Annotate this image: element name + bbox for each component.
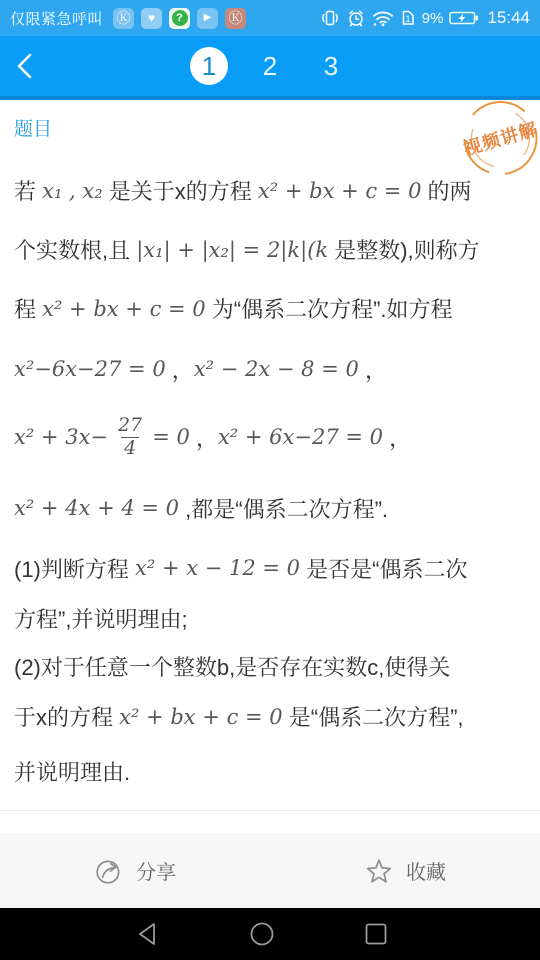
text-run: (2)对于任意一个整数b,是否存在实数c,使得关: [14, 651, 450, 682]
text-run: 是整数),则称方: [328, 234, 480, 265]
tab-page-3[interactable]: 3: [312, 47, 350, 85]
fraction-denominator: 4: [121, 437, 139, 459]
math-run: x² + x − 12 = 0: [135, 556, 300, 580]
problem-line: 方程”,并说明理由;: [14, 594, 526, 642]
math-run: x² + 4x + 4 = 0: [14, 496, 179, 520]
math-run: x² − 2x − 8 = 0: [194, 357, 359, 381]
text-run: ，: [359, 354, 387, 385]
share-label: 分享: [136, 856, 176, 885]
question-panel: 题目 视频讲解 若 x₁ , x₂ 是关于x的方程 x² + bx + c = …: [0, 100, 540, 833]
question-app-icon: ?: [169, 8, 190, 29]
bottom-action-bar: 分享 收藏: [0, 833, 540, 908]
problem-line: x² + 3x−274= 0 ，x² + 6x−27 = 0 ，: [14, 400, 526, 474]
text-run: ,都是“偶系二次方程”.: [179, 493, 388, 524]
text-run: 并说明理由.: [14, 756, 130, 787]
nav-recents-button[interactable]: [361, 919, 391, 949]
nav-home-icon: [247, 919, 277, 949]
text-run: 是否是“偶系二次: [300, 553, 467, 584]
math-run: x²−6x−27 = 0: [14, 357, 166, 381]
text-run: 是“偶系二次方程”,: [283, 701, 464, 732]
alarm-icon: [346, 8, 366, 28]
battery-charging-icon: [449, 10, 479, 26]
page-tabs: 1 2 3: [190, 47, 350, 85]
app-k2-icon: Ⓚ: [225, 8, 246, 29]
nav-back-button[interactable]: [133, 919, 163, 949]
share-icon: [94, 856, 124, 886]
problem-line: 程 x² + bx + c = 0 为“偶系二次方程”.如方程: [14, 279, 526, 338]
text-run: 若: [14, 175, 42, 206]
text-run: 为“偶系二次方程”.如方程: [206, 293, 453, 324]
text-run: ，: [190, 422, 218, 453]
fraction-numerator: 27: [115, 415, 145, 436]
section-title: 题目: [14, 100, 526, 141]
phone-screen: 仅限紧急呼叫 Ⓚ ♥ ? ▶ Ⓚ: [0, 0, 540, 960]
health-heart-icon: ♥: [141, 8, 162, 29]
content-divider: [0, 810, 540, 811]
text-run: 的两: [421, 175, 471, 206]
math-run: x² + bx + c = 0: [42, 297, 206, 321]
problem-line: x² + 4x + 4 = 0 ,都是“偶系二次方程”.: [14, 474, 526, 542]
question-mark-icon: ?: [172, 10, 188, 26]
problem-line: 并说明理由.: [14, 743, 526, 799]
math-run: = 0: [152, 425, 190, 449]
problem-line: 于x的方程 x² + bx + c = 0 是“偶系二次方程”,: [14, 690, 526, 743]
text-run: 方程”,并说明理由;: [14, 603, 188, 634]
notification-icons: Ⓚ ♥ ? ▶ Ⓚ: [113, 8, 246, 29]
text-run: 于x的方程: [14, 701, 119, 732]
app-header: 1 2 3: [0, 36, 540, 100]
text-run: (1)判断方程: [14, 553, 135, 584]
problem-line: (1)判断方程 x² + x − 12 = 0 是否是“偶系二次: [14, 542, 526, 594]
nav-recents-icon: [361, 919, 391, 949]
nav-home-button[interactable]: [247, 919, 277, 949]
android-nav-bar: [0, 908, 540, 960]
play-app-icon: ▶: [197, 8, 218, 29]
vibrate-icon: [320, 8, 340, 28]
problem-line: (2)对于任意一个整数b,是否存在实数c,使得关: [14, 642, 526, 690]
sim-number: 1: [405, 14, 410, 24]
nav-back-icon: [133, 919, 163, 949]
favorite-label: 收藏: [406, 856, 446, 885]
text-run: 是关于x的方程: [103, 175, 258, 206]
problem-line: 个实数根,且 |x₁| + |x₂| = 2|k|(k 是整数),则称方: [14, 220, 526, 279]
back-button[interactable]: [14, 36, 36, 96]
clock: 15:44: [487, 8, 530, 28]
tab-page-2[interactable]: 2: [251, 47, 289, 85]
back-chevron-icon: [14, 51, 36, 81]
share-button[interactable]: 分享: [0, 833, 270, 908]
problem-text: 若 x₁ , x₂ 是关于x的方程 x² + bx + c = 0 的两 个实数…: [14, 161, 526, 799]
sim-card-icon: 1: [400, 8, 416, 28]
battery-percent: 9%: [422, 10, 444, 27]
math-run: x² + 3x−: [14, 425, 108, 449]
text-run: ，: [383, 422, 411, 453]
status-icons: 1 9% 15:44: [320, 8, 530, 28]
math-run: |x₁| + |x₂| = 2|k|(k: [136, 238, 328, 262]
tab-page-1[interactable]: 1: [190, 47, 228, 85]
math-run: x² + bx + c = 0: [258, 179, 422, 203]
problem-line: x²−6x−27 = 0 ，x² − 2x − 8 = 0 ，: [14, 338, 526, 400]
favorite-button[interactable]: 收藏: [270, 833, 540, 908]
fraction: 274: [115, 415, 145, 459]
text-run: 个实数根,且: [14, 234, 136, 265]
status-bar: 仅限紧急呼叫 Ⓚ ♥ ? ▶ Ⓚ: [0, 0, 540, 36]
math-run: x² + bx + c = 0: [119, 705, 283, 729]
problem-line: 若 x₁ , x₂ 是关于x的方程 x² + bx + c = 0 的两: [14, 161, 526, 220]
math-run: x₁ , x₂: [42, 179, 103, 203]
math-run: x² + 6x−27 = 0: [218, 425, 383, 449]
star-icon: [364, 856, 394, 886]
wifi-icon: [372, 9, 394, 27]
text-run: 程: [14, 293, 42, 324]
text-run: ，: [166, 354, 194, 385]
carrier-text: 仅限紧急呼叫: [10, 8, 103, 29]
app-k-icon: Ⓚ: [113, 8, 134, 29]
